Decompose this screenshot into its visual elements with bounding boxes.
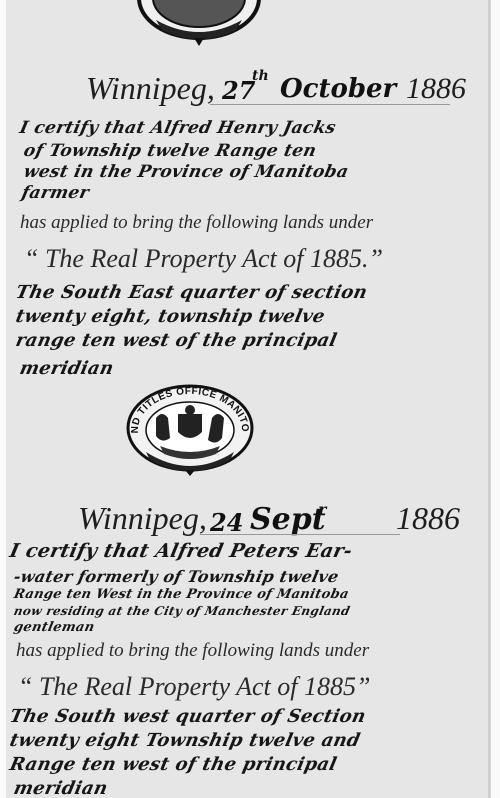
- date-day: 27: [222, 76, 255, 105]
- date-month-suffix: r: [318, 500, 326, 519]
- certify-line: I certify that Alfred Peters Ear-: [8, 540, 355, 562]
- date-month: October: [280, 74, 396, 104]
- land-line: twenty eight, township twelve: [14, 306, 327, 327]
- certify-line: gentleman: [12, 620, 96, 635]
- certify-line: farmer: [20, 183, 91, 203]
- date-year: 1886: [406, 72, 466, 106]
- date-place: Winnipeg,: [86, 70, 215, 107]
- land-titles-seal: LAND TITLES OFFICE MANITOBA: [124, 384, 256, 476]
- date-day: 24: [210, 508, 243, 537]
- land-titles-seal-top: [136, 0, 262, 46]
- date-month: Sept: [250, 502, 326, 537]
- land-line: meridian: [12, 778, 110, 798]
- certify-line: I certify that Alfred Henry Jacks: [18, 118, 338, 138]
- land-line: meridian: [18, 358, 116, 379]
- date-year: 1886: [396, 500, 460, 537]
- certify-line: west in the Province of Manitoba: [22, 162, 351, 182]
- certify-line: -water formerly of Township twelve: [12, 567, 341, 586]
- act-title: “ The Real Property Act of 1885”: [18, 672, 370, 702]
- land-line: The South west quarter of Section: [8, 706, 368, 727]
- land-line: twenty eight Township twelve and: [8, 730, 362, 751]
- land-line: range ten west of the principal: [14, 330, 339, 351]
- date-day-suffix: th: [252, 68, 269, 84]
- page-edge: [488, 0, 491, 798]
- land-line: Range ten west of the principal: [8, 754, 339, 775]
- applied-text: has applied to bring the following lands…: [16, 640, 369, 662]
- date-rule: [200, 534, 400, 535]
- land-line: The South East quarter of section: [14, 282, 370, 303]
- certify-line: now residing at the City of Manchester E…: [13, 604, 352, 618]
- certify-line: of Township twelve Range ten: [22, 141, 318, 161]
- date-place: Winnipeg,: [78, 500, 207, 537]
- applied-text: has applied to bring the following lands…: [20, 212, 373, 234]
- act-title: “ The Real Property Act of 1885.”: [24, 244, 383, 274]
- certify-line: Range ten West in the Province of Manito…: [12, 587, 350, 602]
